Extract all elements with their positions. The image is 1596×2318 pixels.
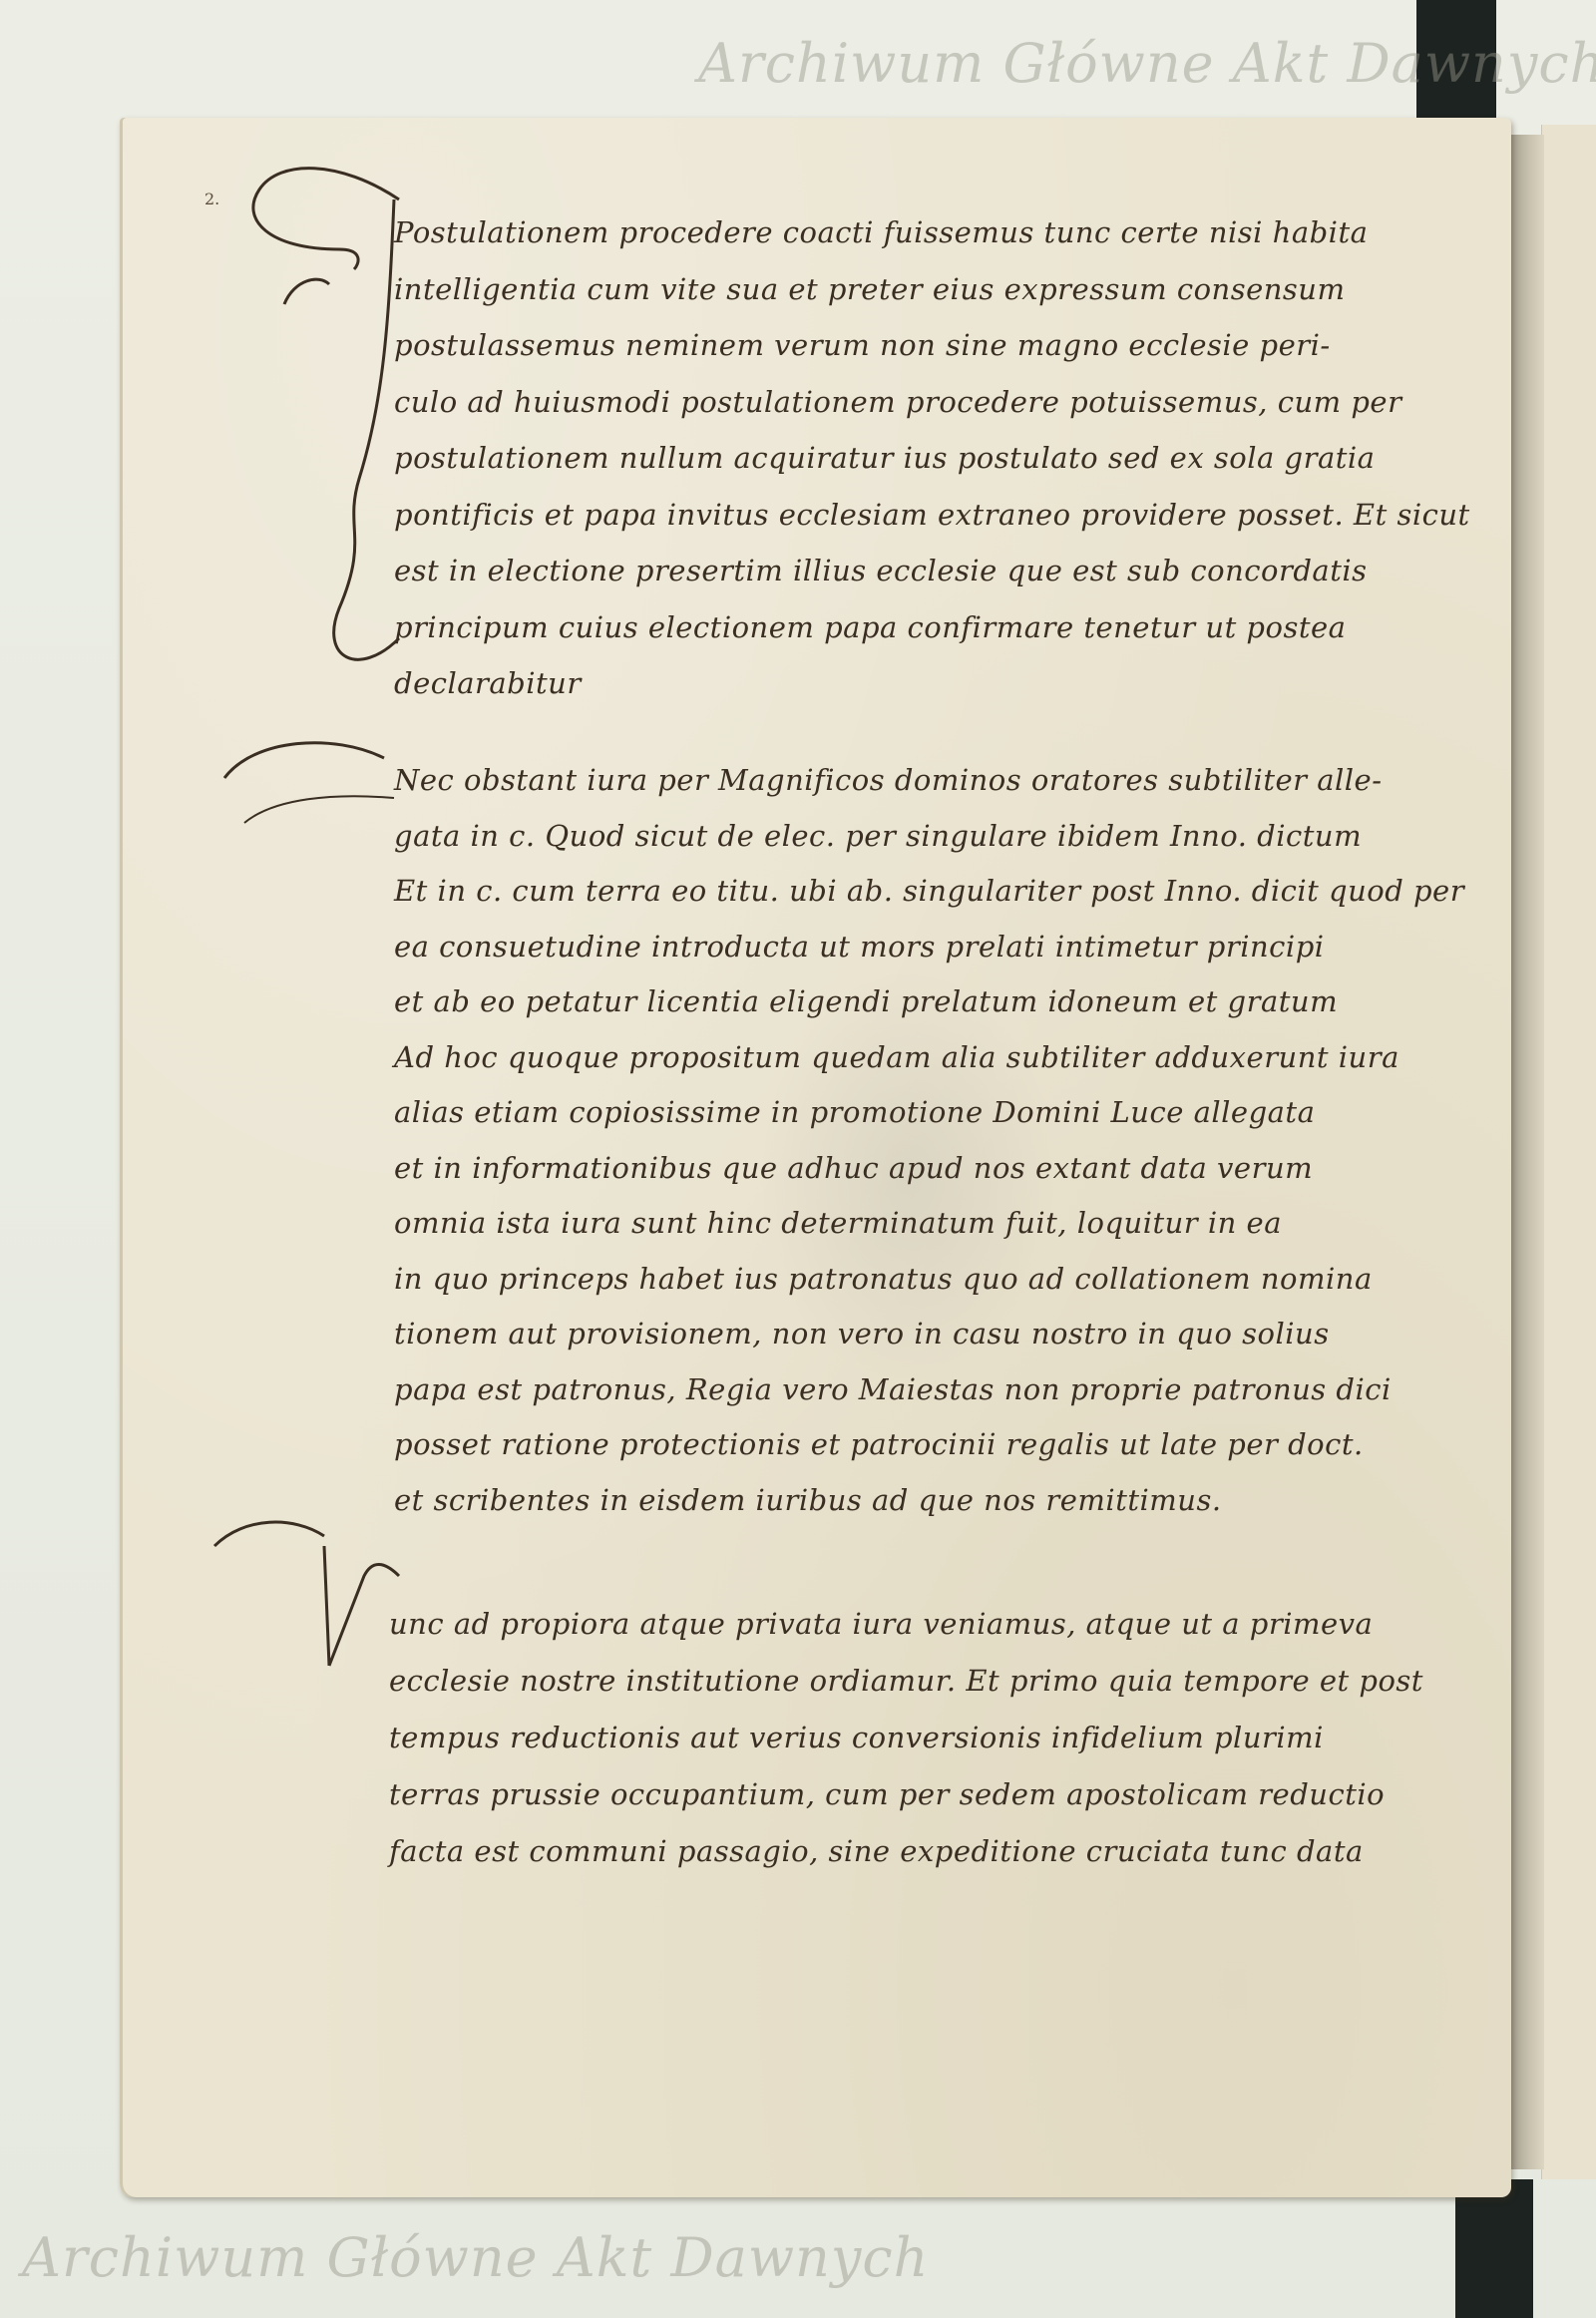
text-line: in quo princeps habet ius patronatus quo… <box>394 1252 1464 1308</box>
text-line: ecclesie nostre institutione ordiamur. E… <box>329 1653 1423 1710</box>
binding-strap-bottom <box>1455 2179 1533 2318</box>
text-line: tionem aut provisionem, non vero in casu… <box>394 1307 1464 1362</box>
paragraph-2: Nec obstant iura per Magnificos dominos … <box>394 753 1464 1528</box>
text-line: et ab eo petatur licentia eligendi prela… <box>394 974 1464 1030</box>
paragraph-3: unc ad propiora atque privata iura venia… <box>329 1596 1423 1880</box>
text-line: papa est patronus, Regia vero Maiestas n… <box>394 1362 1464 1418</box>
text-line: declarabitur <box>394 655 1470 712</box>
text-line: et scribentes in eisdem iuribus ad que n… <box>394 1473 1464 1529</box>
text-line: postulassemus neminem verum non sine mag… <box>394 317 1470 374</box>
text-line: principum cuius electionem papa confirma… <box>394 599 1470 656</box>
text-line: et in informationibus que adhuc apud nos… <box>394 1141 1464 1197</box>
archive-watermark-bottom: Archiwum Główne Akt Dawnych <box>22 2226 929 2289</box>
text-line: tempus reductionis aut verius conversion… <box>329 1710 1423 1766</box>
text-line: terras prussie occupantium, cum per sede… <box>329 1766 1423 1823</box>
text-line: pontificis et papa invitus ecclesiam ext… <box>394 487 1470 544</box>
gutter-shadow <box>1508 135 1544 2169</box>
text-line: intelligentia cum vite sua et preter eiu… <box>394 261 1470 318</box>
text-line: est in electione presertim illius eccles… <box>394 543 1470 599</box>
text-line: alias etiam copiosissime in promotione D… <box>394 1085 1464 1141</box>
text-line: ea consuetudine introducta ut mors prela… <box>394 920 1464 975</box>
text-line: facta est communi passagio, sine expedit… <box>329 1823 1423 1880</box>
text-line: postulationem nullum acquiratur ius post… <box>394 430 1470 487</box>
initial-n-flourish-icon <box>214 718 414 838</box>
text-line: Nec obstant iura per Magnificos dominos … <box>394 753 1464 809</box>
text-line: culo ad huiusmodi postulationem proceder… <box>394 374 1470 431</box>
text-line: unc ad propiora atque privata iura venia… <box>329 1596 1423 1653</box>
text-line: Et in c. cum terra eo titu. ubi ab. sing… <box>394 864 1464 920</box>
text-line: Postulationem procedere coacti fuissemus… <box>394 204 1470 261</box>
text-line: gata in c. Quod sicut de elec. per singu… <box>394 809 1464 865</box>
archive-watermark-top: Archiwum Główne Akt Dawnych <box>698 32 1596 95</box>
paragraph-1: Postulationem procedere coacti fuissemus… <box>394 204 1470 712</box>
initial-p-flourish-icon <box>190 140 429 698</box>
text-line: posset ratione protectionis et patrocini… <box>394 1417 1464 1473</box>
facing-page-edge <box>1541 125 1596 2179</box>
text-line: Ad hoc quoque propositum quedam alia sub… <box>394 1030 1464 1086</box>
text-line: omnia ista iura sunt hinc determinatum f… <box>394 1196 1464 1252</box>
